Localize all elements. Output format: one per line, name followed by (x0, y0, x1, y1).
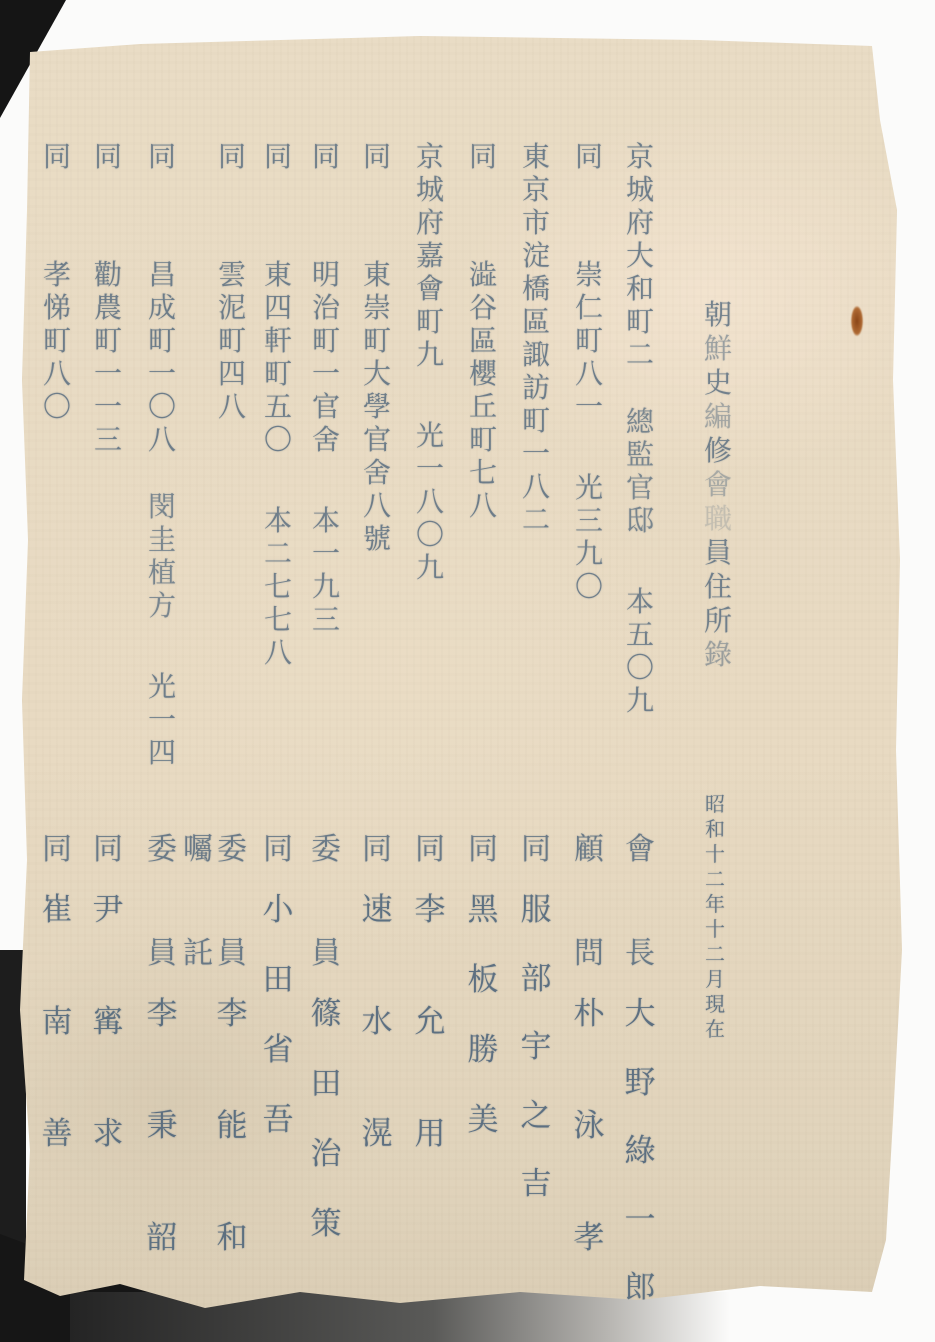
role-name-block: 同 李允用 (407, 832, 453, 1152)
address-block: 京城府大和町二 總監官邸 本五〇九 (617, 140, 663, 832)
ink-showthrough (0, 218, 26, 264)
entry-column-4: 同 澁谷區櫻丘町七八 同 黑板勝美 (460, 140, 506, 1138)
ditto-mark: 同 (469, 140, 497, 173)
as-of-date: 昭和十二年十二月現在 (697, 792, 733, 1042)
person-name: 黑板勝美 (468, 892, 499, 1138)
address-text: 京城府嘉會町九 (416, 140, 444, 371)
role-name-block: 囑託 (175, 832, 221, 972)
role-name-block: 同 小田省吾 (255, 832, 301, 1138)
entry-column-12: 同 勸農町一一三 同 尹寗求 (85, 140, 131, 1152)
entry-column-7: 同 明治町一官舍 本一九三 委員 篠田治策 (303, 140, 349, 1242)
role-name-block: 委員 李能和 (209, 832, 255, 1256)
address-block: 同 雲泥町四八 (209, 140, 255, 832)
entry-column-8: 同 東四軒町五〇 本二七七八 同 小田省吾 (255, 140, 301, 1138)
address-block (175, 140, 221, 832)
address-text: 勸農町一一三 (94, 258, 122, 456)
ink-showthrough (0, 116, 28, 168)
ditto-mark: 同 (264, 140, 292, 173)
address-block: 同 明治町一官舍 本一九三 (303, 140, 349, 832)
ink-showthrough (0, 362, 28, 412)
ditto-mark: 同 (575, 140, 603, 173)
role-label: 同 (42, 832, 72, 868)
entry-column-5: 京城府嘉會町九 光一八〇九 同 李允用 (407, 140, 453, 1152)
ditto-mark: 同 (148, 140, 176, 173)
phone-number: 光一四 (148, 670, 176, 769)
ink-showthrough (0, 472, 30, 524)
entry-column-9: 同 雲泥町四八 委員 李能和 (209, 140, 255, 1256)
person-name: 速水滉 (362, 892, 393, 1152)
phone-number: 本二七七八 (264, 504, 292, 669)
entry-column-13: 同 孝悌町八〇 同 崔南善 (34, 140, 80, 1152)
person-name: 服部宇之吉 (521, 892, 552, 1202)
phone-number: 本一九三 (312, 504, 340, 636)
address-block: 同 澁谷區櫻丘町七八 (460, 140, 506, 832)
scanned-document-photo: 朝鮮史編修會職員住所錄 昭和十二年十二月現在 京城府大和町二 總監官邸 本五〇九… (0, 0, 935, 1342)
person-name: 崔南善 (42, 892, 73, 1152)
role-name-block: 同 崔南善 (34, 832, 80, 1152)
ink-showthrough (0, 264, 26, 308)
address-text: 崇仁町八一 (575, 258, 603, 423)
address-text: 明治町一官舍 (312, 258, 340, 456)
role-name-block: 同 服部宇之吉 (513, 832, 559, 1202)
rust-stain (851, 306, 863, 336)
ditto-mark: 同 (218, 140, 246, 173)
address-text: 澁谷區櫻丘町七八 (469, 258, 497, 522)
address-note: 總監官邸 (626, 405, 654, 537)
phone-number: 光三九〇 (575, 471, 603, 603)
role-label: 同 (263, 832, 293, 868)
address-block: 同 東崇町大學官舍八號 (354, 140, 400, 832)
role-label: 同 (468, 832, 498, 868)
ditto-mark: 同 (363, 140, 391, 173)
role-label: 同 (93, 832, 123, 868)
role-name-block: 同 黑板勝美 (460, 832, 506, 1138)
role-label: 同 (521, 832, 551, 868)
person-name: 李能和 (217, 996, 248, 1256)
role-name-block: 委員 篠田治策 (303, 832, 349, 1242)
address-text: 雲泥町四八 (218, 258, 246, 423)
address-block: 同 孝悌町八〇 (34, 140, 80, 832)
person-name: 大野綠一郎 (625, 996, 656, 1306)
role-name-block: 同 尹寗求 (85, 832, 131, 1152)
address-block: 同 崇仁町八一 光三九〇 (566, 140, 612, 832)
person-name: 小田省吾 (263, 892, 294, 1138)
role-name-block: 委員 李秉韶 (139, 832, 185, 1256)
role-name-block: 顧問 朴泳孝 (566, 832, 612, 1256)
role-name-block: 同 速水滉 (354, 832, 400, 1152)
role-name-block: 會長 大野綠一郎 (617, 832, 663, 1306)
ink-showthrough (0, 524, 28, 572)
address-text: 孝悌町八〇 (43, 258, 71, 423)
role-label: 同 (362, 832, 392, 868)
role-label: 會長 (625, 832, 655, 972)
ditto-mark: 同 (312, 140, 340, 173)
address-text: 東京市淀橋區諏訪町一八二 (522, 140, 550, 536)
ink-showthrough (0, 168, 30, 218)
address-block: 同 昌成町一〇八 閔圭植方 光一四 (139, 140, 185, 832)
role-label: 委員 (217, 832, 247, 972)
ink-showthrough (0, 308, 30, 362)
document-title: 朝鮮史編修會職員住所錄 (698, 298, 738, 672)
address-text: 東四軒町五〇 (264, 258, 292, 456)
entry-column-2: 同 崇仁町八一 光三九〇 顧問 朴泳孝 (566, 140, 612, 1256)
address-block: 同 勸農町一一三 (85, 140, 131, 832)
role-label: 委員 (147, 832, 177, 972)
address-text: 京城府大和町二 (626, 140, 654, 371)
address-text: 東崇町大學官舍八號 (363, 258, 391, 555)
phone-number: 本五〇九 (626, 585, 654, 717)
address-text: 昌成町一〇八 (148, 258, 176, 456)
ditto-mark: 同 (94, 140, 122, 173)
entry-column-10: 囑託 (175, 140, 221, 972)
phone-number: 光一八〇九 (416, 419, 444, 584)
person-name: 李允用 (415, 892, 446, 1152)
person-name: 朴泳孝 (574, 996, 605, 1256)
entry-column-3: 東京市淀橋區諏訪町一八二 同 服部宇之吉 (513, 140, 559, 1202)
role-label: 顧問 (574, 832, 604, 972)
role-label: 委員 (311, 832, 341, 972)
address-block: 同 東四軒町五〇 本二七七八 (255, 140, 301, 832)
entry-column-6: 同 東崇町大學官舍八號 同 速水滉 (354, 140, 400, 1152)
ditto-mark: 同 (43, 140, 71, 173)
person-name: 尹寗求 (93, 892, 124, 1152)
paper-sheet: 朝鮮史編修會職員住所錄 昭和十二年十二月現在 京城府大和町二 總監官邸 本五〇九… (0, 0, 935, 1342)
person-name: 篠田治策 (311, 996, 342, 1242)
entry-column-1: 京城府大和町二 總監官邸 本五〇九 會長 大野綠一郎 (617, 140, 663, 1306)
entry-column-11: 同 昌成町一〇八 閔圭植方 光一四 委員 李秉韶 (139, 140, 185, 1256)
address-note: 閔圭植方 (148, 490, 176, 622)
address-block: 京城府嘉會町九 光一八〇九 (407, 140, 453, 832)
role-label: 同 (415, 832, 445, 868)
person-name: 李秉韶 (147, 996, 178, 1256)
role-label: 囑託 (183, 832, 213, 972)
ink-showthrough (0, 412, 28, 472)
address-block: 東京市淀橋區諏訪町一八二 (513, 140, 559, 832)
